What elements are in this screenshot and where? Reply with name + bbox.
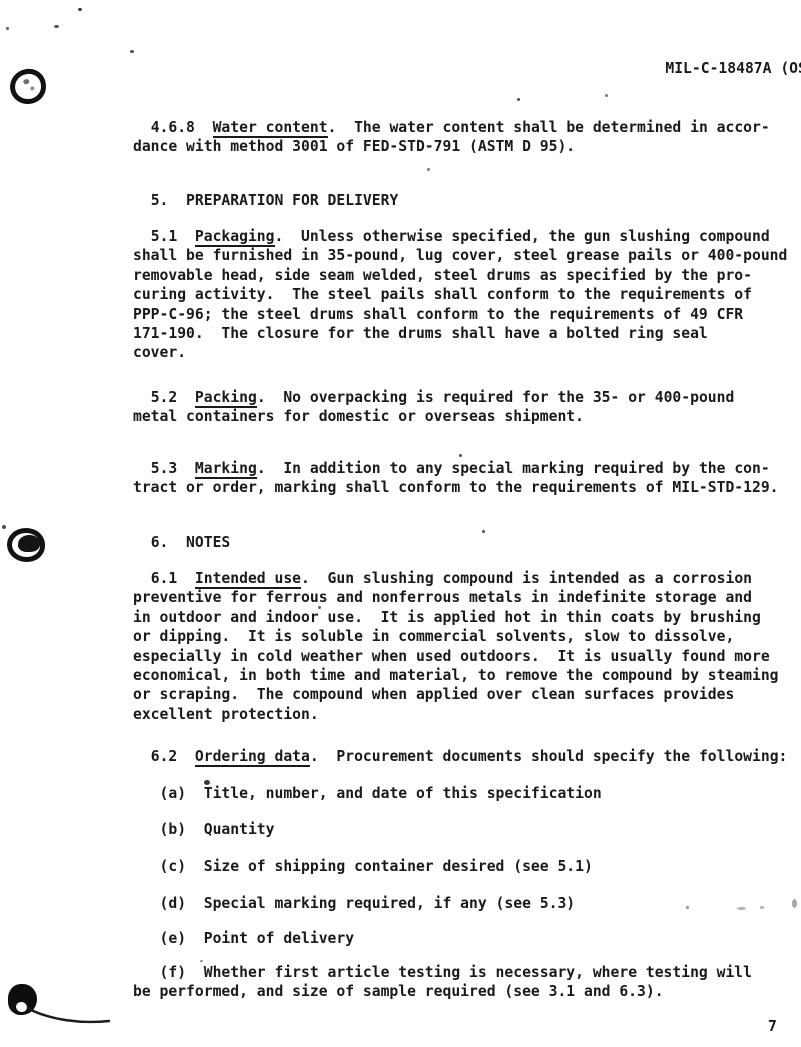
heading-text: 5. PREPARATION FOR DELIVERY [133,192,398,209]
scan-speckle [517,98,520,101]
scan-speckle [78,8,82,11]
list-item-e: (e) Point of delivery [133,929,801,948]
paragraph-5-2: 5.2 Packing. No overpacking is required … [133,388,801,427]
list-item-d: (d) Special marking required, if any (se… [133,894,801,913]
scan-speckle [427,168,430,171]
page-number: 7 [768,1017,777,1036]
ink-stain-tail [27,1003,112,1025]
scan-speckle [686,906,689,909]
paragraph-text: . Procurement documents should specify t… [310,748,788,765]
paragraph-lead: 6.2 [133,748,195,765]
underlined-term: Packaging [195,228,275,247]
paragraph-lead: 4.6.8 [133,119,213,136]
paragraph-lead: 5.1 [133,228,195,245]
scan-speckle [760,906,764,909]
scan-speckle [482,530,485,533]
scanned-document-page: MIL-C-18487A (OS) 4.6.8 Water content. T… [0,0,801,1047]
list-item-text: (e) Point of delivery [133,930,354,947]
paragraph-text: . Gun slushing compound is intended as a… [133,570,779,723]
hole-punch-mark-middle [7,528,45,562]
scan-speckle [204,780,210,785]
scan-speckle [54,25,59,28]
paragraph-6-2: 6.2 Ordering data. Procurement documents… [133,747,801,766]
paragraph-6-1: 6.1 Intended use. Gun slushing compound … [133,569,801,724]
scan-speckle [792,899,797,908]
scan-speckle [605,94,608,97]
underlined-term: Ordering data [195,748,310,767]
list-item-text: (a) Title, number, and date of this spec… [133,785,602,802]
underlined-term: Intended use [195,570,301,589]
page-number-text: 7 [768,1018,777,1035]
paragraph-lead: 5.3 [133,460,195,477]
scan-speckle [459,454,462,457]
paragraph-text: . Unless otherwise specified, the gun sl… [133,228,787,361]
section-heading-6: 6. NOTES [133,533,801,552]
scan-speckle [130,50,134,53]
ink-speck [30,86,35,91]
paragraph-lead: 5.2 [133,389,195,406]
paragraph-5-3: 5.3 Marking. In addition to any special … [133,459,801,498]
list-item-text: (c) Size of shipping container desired (… [133,858,593,875]
list-item-c: (c) Size of shipping container desired (… [133,857,801,876]
section-heading-5: 5. PREPARATION FOR DELIVERY [133,191,801,210]
spec-number: MIL-C-18487A (OS) [665,60,801,77]
scan-speckle [200,960,203,962]
ink-speck [23,79,30,85]
heading-text: 6. NOTES [133,534,230,551]
ink-blob [18,535,40,552]
scan-speckle [737,907,746,910]
list-item-text: (f) Whether first article testing is nec… [133,964,752,1000]
list-item-a: (a) Title, number, and date of this spec… [133,784,801,803]
paragraph-5-1: 5.1 Packaging. Unless otherwise specifie… [133,227,801,363]
underlined-term: Packing [195,389,257,408]
list-item-b: (b) Quantity [133,820,801,839]
list-item-text: (d) Special marking required, if any (se… [133,895,575,912]
document-number-header: MIL-C-18487A (OS) [630,40,801,98]
scan-speckle [318,606,321,609]
underlined-term: Marking [195,460,257,479]
hole-punch-mark-top [8,67,49,107]
underlined-term: Water content [213,119,328,138]
list-item-text: (b) Quantity [133,821,275,838]
paragraph-4-6-8: 4.6.8 Water content. The water content s… [133,118,801,157]
list-item-f: (f) Whether first article testing is nec… [133,963,801,1002]
scan-speckle [2,525,6,529]
paragraph-lead: 6.1 [133,570,195,587]
scan-speckle [6,27,9,30]
